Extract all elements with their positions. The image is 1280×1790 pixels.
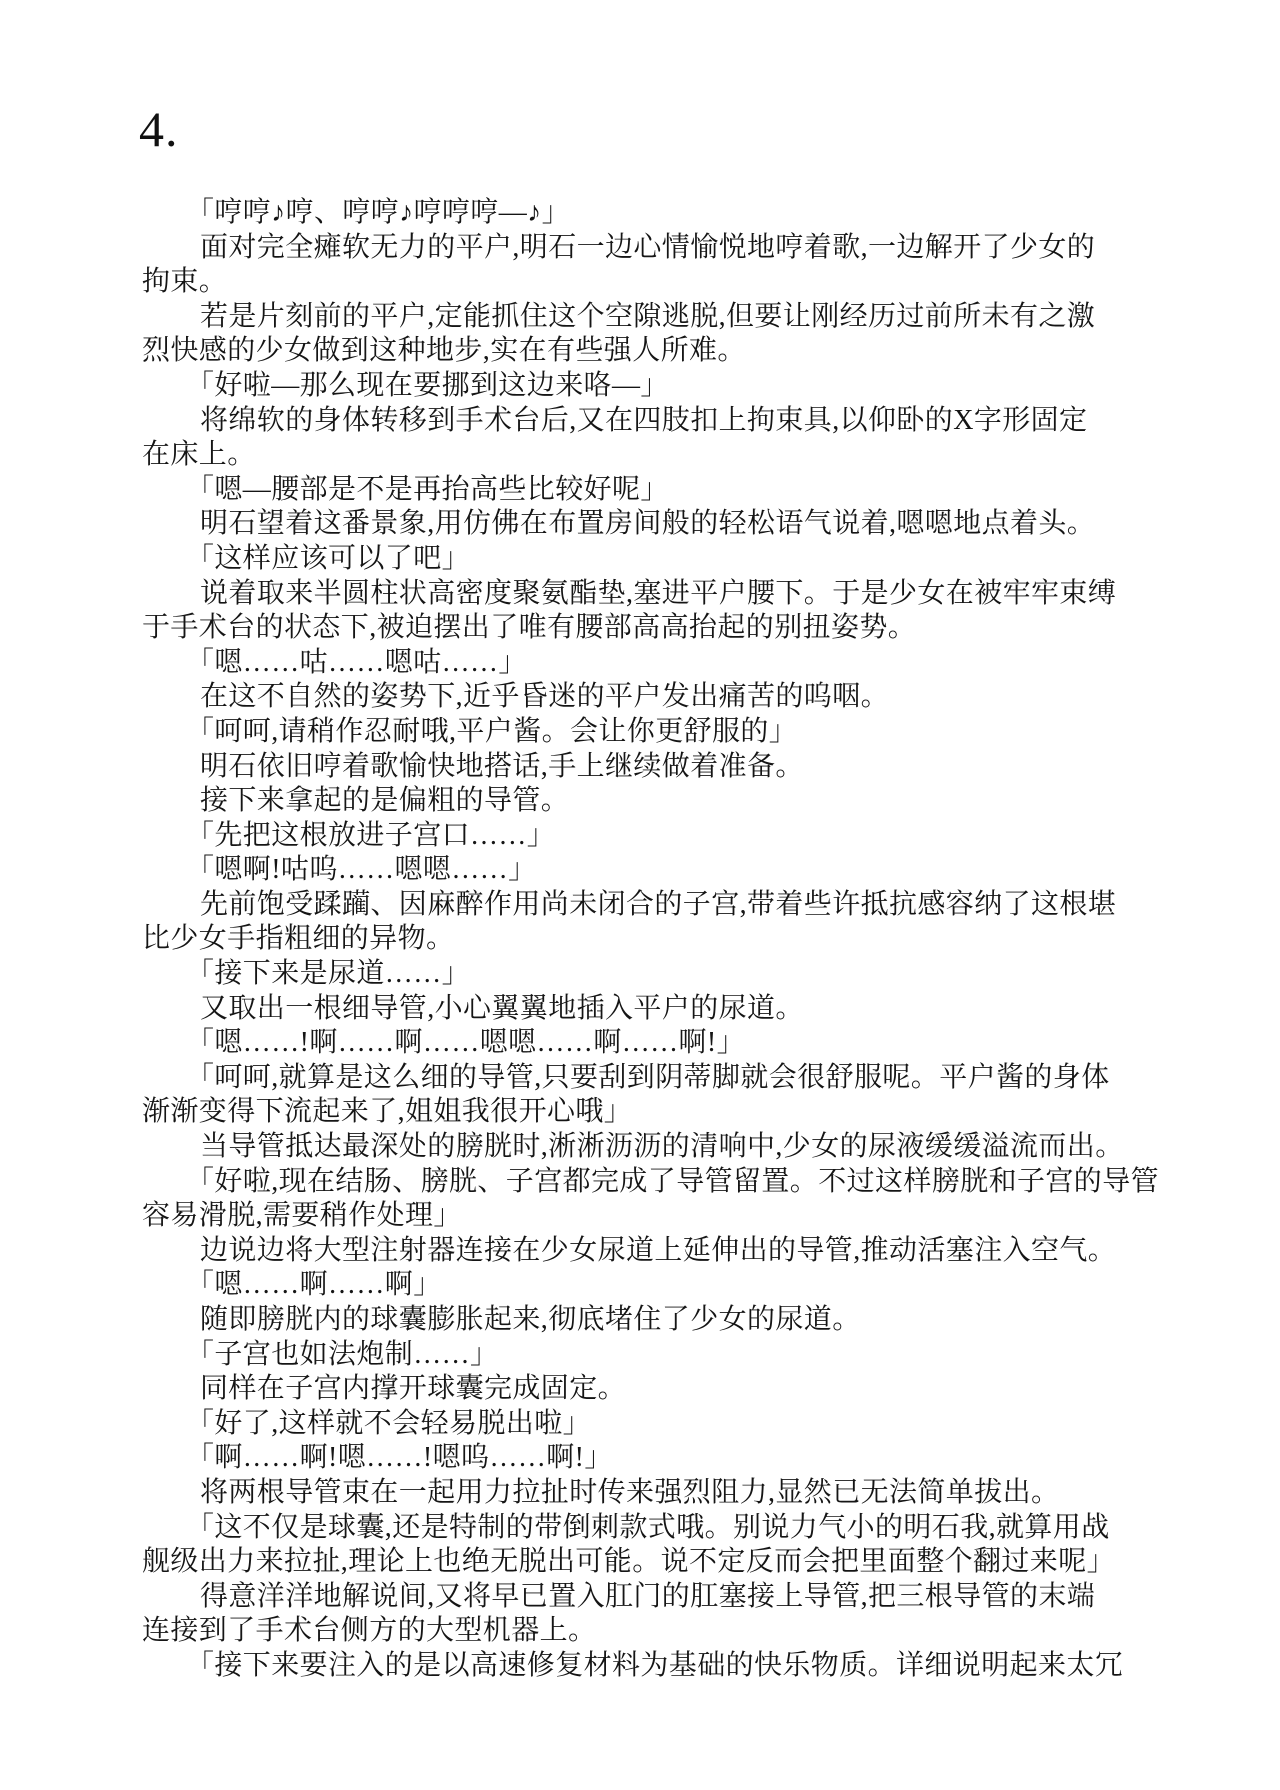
text-line: 当导管抵达最深处的膀胱时,淅淅沥沥的清响中,少女的尿液缓缓溢流而出。 <box>142 1130 1162 1165</box>
text-line: 「啊……啊!嗯……!嗯呜……啊!」 <box>142 1441 1162 1476</box>
text-line: 「接下来要注入的是以高速修复材料为基础的快乐物质。详细说明起来太冗 <box>142 1649 1162 1684</box>
text-line: 「呵呵,就算是这么细的导管,只要刮到阴蒂脚就会很舒服呢。平户酱的身体 <box>142 1061 1162 1096</box>
text-line: 明石望着这番景象,用仿佛在布置房间般的轻松语气说着,嗯嗯地点着头。 <box>142 507 1162 542</box>
text-line: 「嗯……咕……嗯咕……」 <box>142 646 1162 681</box>
text-line: 得意洋洋地解说间,又将早已置入肛门的肛塞接上导管,把三根导管的末端 <box>142 1580 1162 1615</box>
text-line: 又取出一根细导管,小心翼翼地插入平户的尿道。 <box>142 992 1162 1027</box>
text-line: 烈快感的少女做到这种地步,实在有些强人所难。 <box>142 334 1162 369</box>
text-line: 「接下来是尿道……」 <box>142 957 1162 992</box>
text-line: 面对完全瘫软无力的平户,明石一边心情愉悦地哼着歌,一边解开了少女的 <box>142 231 1162 266</box>
text-line: 比少女手指粗细的异物。 <box>142 922 1162 957</box>
text-line: 「哼哼♪哼、哼哼♪哼哼哼—♪」 <box>142 196 1162 231</box>
text-line: 若是片刻前的平户,定能抓住这个空隙逃脱,但要让刚经历过前所未有之激 <box>142 300 1162 335</box>
text-line: 在这不自然的姿势下,近乎昏迷的平户发出痛苦的呜咽。 <box>142 680 1162 715</box>
text-line: 拘束。 <box>142 265 1162 300</box>
book-page: 4. 「哼哼♪哼、哼哼♪哼哼哼—♪」面对完全瘫软无力的平户,明石一边心情愉悦地哼… <box>0 0 1280 1790</box>
text-lines: 「哼哼♪哼、哼哼♪哼哼哼—♪」面对完全瘫软无力的平户,明石一边心情愉悦地哼着歌,… <box>142 196 1162 1684</box>
text-line: 「呵呵,请稍作忍耐哦,平户酱。会让你更舒服的」 <box>142 715 1162 750</box>
text-line: 「好啦—那么现在要挪到这边来咯—」 <box>142 369 1162 404</box>
text-line: 「好啦,现在结肠、膀胱、子宫都完成了导管留置。不过这样膀胱和子宫的导管 <box>142 1165 1162 1200</box>
text-line: 于手术台的状态下,被迫摆出了唯有腰部高高抬起的别扭姿势。 <box>142 611 1162 646</box>
text-line: 「嗯—腰部是不是再抬高些比较好呢」 <box>142 473 1162 508</box>
text-line: 「这不仅是球囊,还是特制的带倒刺款式哦。别说力气小的明石我,就算用战 <box>142 1511 1162 1546</box>
text-line: 将绵软的身体转移到手术台后,又在四肢扣上拘束具,以仰卧的X字形固定 <box>142 404 1162 439</box>
text-line: 在床上。 <box>142 438 1162 473</box>
text-line: 说着取来半圆柱状高密度聚氨酯垫,塞进平户腰下。于是少女在被牢牢束缚 <box>142 577 1162 612</box>
chapter-number: 4. <box>139 104 179 154</box>
text-line: 「嗯……!啊……啊……嗯嗯……啊……啊!」 <box>142 1026 1162 1061</box>
text-line: 「子宫也如法炮制……」 <box>142 1338 1162 1373</box>
text-line: 先前饱受蹂躏、因麻醉作用尚未闭合的子宫,带着些许抵抗感容纳了这根堪 <box>142 888 1162 923</box>
text-line: 「先把这根放进子宫口……」 <box>142 819 1162 854</box>
text-line: 随即膀胱内的球囊膨胀起来,彻底堵住了少女的尿道。 <box>142 1303 1162 1338</box>
text-line: 容易滑脱,需要稍作处理」 <box>142 1199 1162 1234</box>
text-line: 「嗯啊!咕呜……嗯嗯……」 <box>142 853 1162 888</box>
text-line: 渐渐变得下流起来了,姐姐我很开心哦」 <box>142 1095 1162 1130</box>
text-line: 将两根导管束在一起用力拉扯时传来强烈阻力,显然已无法简单拔出。 <box>142 1476 1162 1511</box>
text-line: 明石依旧哼着歌愉快地搭话,手上继续做着准备。 <box>142 750 1162 785</box>
text-line: 「好了,这样就不会轻易脱出啦」 <box>142 1407 1162 1442</box>
text-line: 接下来拿起的是偏粗的导管。 <box>142 784 1162 819</box>
text-line: 同样在子宫内撑开球囊完成固定。 <box>142 1372 1162 1407</box>
text-line: 舰级出力来拉扯,理论上也绝无脱出可能。说不定反而会把里面整个翻过来呢」 <box>142 1545 1162 1580</box>
text-line: 「嗯……啊……啊」 <box>142 1268 1162 1303</box>
text-line: 连接到了手术台侧方的大型机器上。 <box>142 1614 1162 1649</box>
text-line: 「这样应该可以了吧」 <box>142 542 1162 577</box>
text-line: 边说边将大型注射器连接在少女尿道上延伸出的导管,推动活塞注入空气。 <box>142 1234 1162 1269</box>
